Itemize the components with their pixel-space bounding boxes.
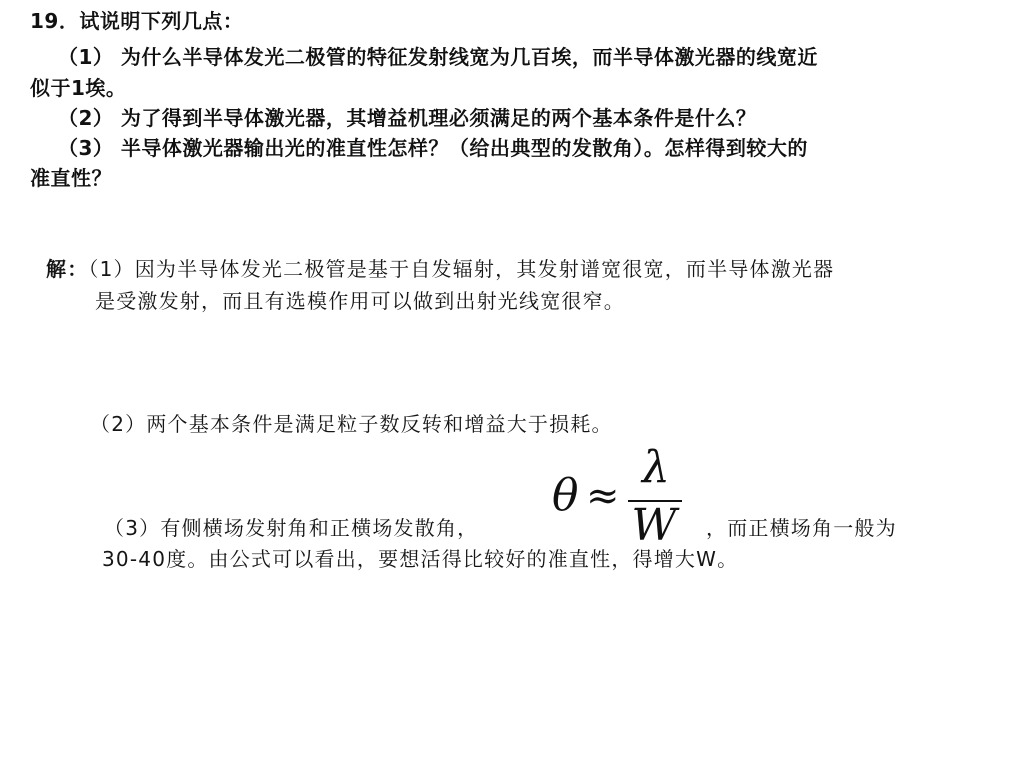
formula-approx-sign: ≈ [586,472,620,520]
answer-part-3-line-1-after: ，而正横场角一般为 [706,514,897,542]
answer-part-2: （2）两个基本条件是满足粒子数反转和增益大于损耗。 [90,410,613,438]
formula-denominator-w: W [624,502,684,550]
question-item-1-line-2: 似于1埃。 [30,74,126,102]
answer-part-1-line-2: 是受激发射，而且有选模作用可以做到出射光线宽很窄。 [95,287,625,315]
answer-part-3-line-1-before: （3）有侧横场发射角和正横场发散角， [104,514,478,542]
answer-part-1-text: （1）因为半导体发光二极管是基于自发辐射，其发射谱宽很宽，而半导体激光器 [88,257,834,281]
question-item-3-line-2: 准直性？ [30,164,112,192]
divergence-formula: θ ≈ λ W [552,448,682,548]
answer-label: 解： [46,257,88,281]
question-item-3-line-1: （3） 半导体激光器输出光的准直性怎样？（给出典型的发散角）。怎样得到较大的 [58,134,808,162]
formula-theta: θ [552,472,579,520]
question-item-1-line-1: （1） 为什么半导体发光二极管的特征发射线宽为几百埃，而半导体激光器的线宽近 [58,43,818,71]
question-title: 19．试说明下列几点： [30,7,243,35]
formula-numerator-lambda: λ [638,444,674,492]
question-item-2: （2） 为了得到半导体激光器，其增益机理必须满足的两个基本条件是什么？ [58,104,756,132]
answer-part-1-line-1: 解：（1）因为半导体发光二极管是基于自发辐射，其发射谱宽很宽，而半导体激光器 [46,255,834,283]
